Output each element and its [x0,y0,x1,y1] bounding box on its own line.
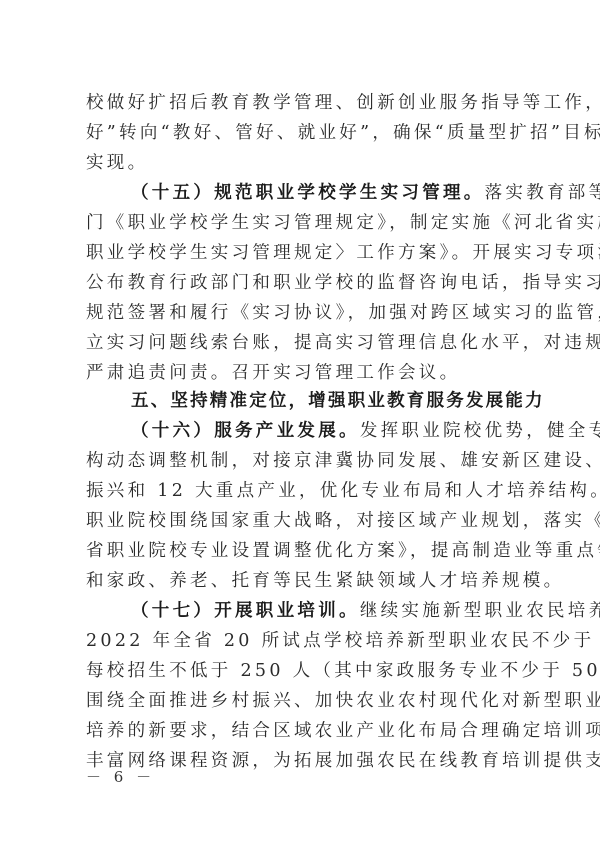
line-text: 发挥职业院校优势，健全专业结 [360,421,600,441]
line-text: 和家政、养老、托育等民生紧缺领域人才培养规模。 [86,571,564,591]
page-number: － 6 － [86,766,155,787]
text-line: 实现。 [86,148,516,178]
text-line: 构动态调整机制，对接京津冀协同发展、雄安新区建设、乡村 [86,446,516,476]
line-text: 培养的新要求，结合区域农业产业化布局合理确定培训项目， [86,721,600,741]
section-heading: 五、坚持精准定位，增强职业教育服务发展能力 [131,386,516,416]
text-line: 规范签署和履行《实习协议》，加强对跨区域实习的监管，建 [86,298,516,328]
text-line: 和家政、养老、托育等民生紧缺领域人才培养规模。 [86,566,516,596]
text-line: 严肃追责问责。召开实习管理工作会议。 [86,358,516,388]
text-line: 好”转向“教好、管好、就业好”，确保“质量型扩招”目标 [86,118,516,148]
line-text: 校做好扩招后教育教学管理、创新创业服务指导等工作，由“招 [86,93,600,113]
document-page: 校做好扩招后教育教学管理、创新创业服务指导等工作，由“招好”转向“教好、管好、就… [0,0,600,848]
line-text: 落实教育部等八部 [485,183,600,203]
line-text: 职业院校围绕国家重大战略，对接区域产业规划，落实《河北 [86,511,600,531]
text-line: （十七）开展职业培训。继续实施新型职业农民培养工程， [131,596,516,626]
text-line: 职业院校围绕国家重大战略，对接区域产业规划，落实《河北 [86,506,516,536]
line-text: 围绕全面推进乡村振兴、加快农业农村现代化对新型职业农民 [86,691,600,711]
text-line: （十五）规范职业学校学生实习管理。落实教育部等八部 [131,178,516,208]
line-text: 职业学校学生实习管理规定〉工作方案》。开展实习专项治理， [86,243,600,263]
line-text: 每校招生不低于 250 人（其中家政服务专业不少于 50 人）。 [86,661,600,681]
text-line: 培养的新要求，结合区域农业产业化布局合理确定培训项目， [86,716,516,746]
text-line: 立实习问题线索台账，提高实习管理信息化水平，对违规行为 [86,328,516,358]
line-text: 振兴和 12 大重点产业，优化专业布局和人才培养结构。指导 [86,481,600,501]
line-text: 规范签署和履行《实习协议》，加强对跨区域实习的监管，建 [86,303,600,323]
text-line: 振兴和 12 大重点产业，优化专业布局和人才培养结构。指导 [86,476,516,506]
line-text: 构动态调整机制，对接京津冀协同发展、雄安新区建设、乡村 [86,451,600,471]
text-line: 职业学校学生实习管理规定〉工作方案》。开展实习专项治理， [86,238,516,268]
text-line: 省职业院校专业设置调整优化方案》，提高制造业等重点领域 [86,536,516,566]
text-line: 围绕全面推进乡村振兴、加快农业农村现代化对新型职业农民 [86,686,516,716]
text-line: 2022 年全省 20 所试点学校培养新型职业农民不少于 5000 人， [86,626,516,656]
paragraph-lead: （十七）开展职业培训。 [131,601,360,621]
text-line: （十六）服务产业发展。发挥职业院校优势，健全专业结 [131,416,516,446]
line-text: 丰富网络课程资源，为拓展加强农民在线教育培训提供支持。 [86,751,600,771]
line-text: 好”转向“教好、管好、就业好”，确保“质量型扩招”目标 [86,123,600,143]
line-text: 立实习问题线索台账，提高实习管理信息化水平，对违规行为 [86,333,600,353]
line-text: 门《职业学校学生实习管理规定》，制定实施《河北省实施〈 [86,213,600,233]
line-text: 公布教育行政部门和职业学校的监督咨询电话，指导实习各方 [86,273,600,293]
line-text: 继续实施新型职业农民培养工程， [360,601,600,621]
text-line: 门《职业学校学生实习管理规定》，制定实施《河北省实施〈 [86,208,516,238]
line-text: 省职业院校专业设置调整优化方案》，提高制造业等重点领域 [86,541,600,561]
text-line: 公布教育行政部门和职业学校的监督咨询电话，指导实习各方 [86,268,516,298]
paragraph-lead: （十六）服务产业发展。 [131,421,360,441]
paragraph-lead: （十五）规范职业学校学生实习管理。 [131,183,485,203]
line-text: 严肃追责问责。召开实习管理工作会议。 [86,363,460,383]
line-text: 实现。 [86,153,148,173]
text-line: 每校招生不低于 250 人（其中家政服务专业不少于 50 人）。 [86,656,516,686]
text-line: 校做好扩招后教育教学管理、创新创业服务指导等工作，由“招 [86,88,516,118]
line-text: 2022 年全省 20 所试点学校培养新型职业农民不少于 5000 人， [86,631,600,651]
